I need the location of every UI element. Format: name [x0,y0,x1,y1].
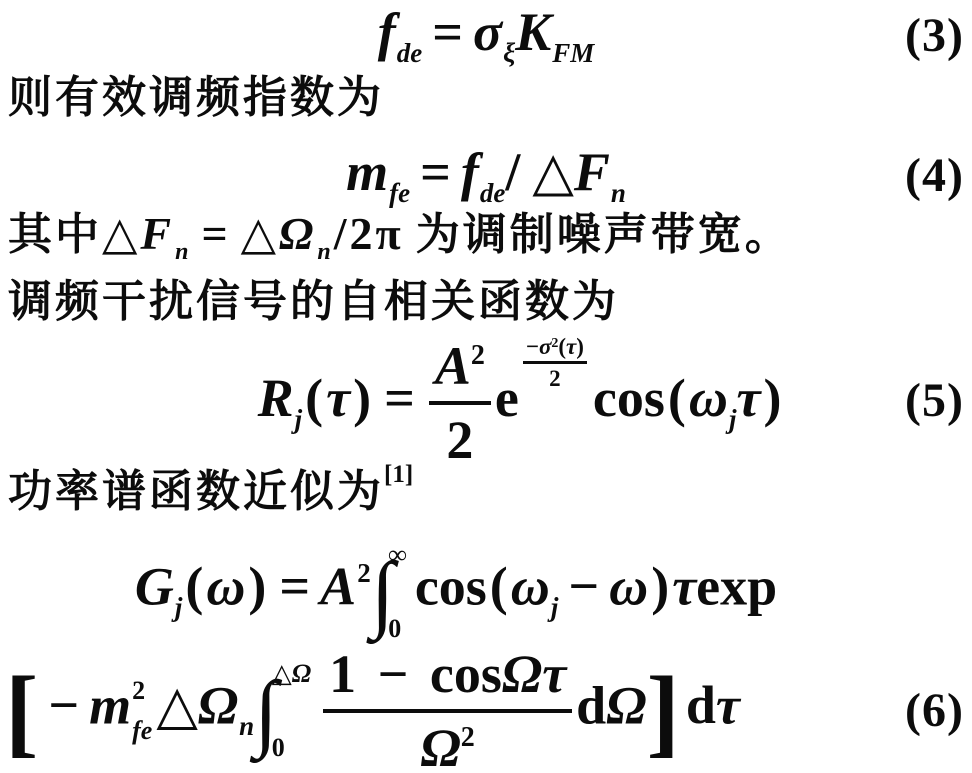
subscript-n: n [175,239,191,265]
var-F: F [574,142,610,202]
var-m: m [346,142,388,202]
delta-symbol: △ [532,142,574,202]
var-K: K [515,2,551,62]
divide-slash: / [505,142,520,202]
subscript-FM: FM [552,38,594,68]
var-R: R [258,368,294,428]
fraction-denominator: 2 [429,401,491,467]
equation-number-3: (3) [905,12,964,60]
text-noise-bw-prefix: 其中 [8,210,102,259]
exponent-numerator: −σ2(τ) [523,335,587,364]
subscript-j: j [729,404,737,434]
euler-e: e [495,368,519,428]
close-paren: ) [651,556,669,616]
subscript-j: j [551,592,559,622]
delta-symbol: △ [102,208,140,259]
fraction-A2-over-2: A22 [429,339,491,467]
delta-symbol: △ [241,208,279,259]
equation-5: Rj(τ)=A22e−σ2(τ)2cos(ωjτ) [258,335,785,468]
text-noise-bw-suffix: 为调制噪声带宽。 [416,210,792,259]
differential-d: d [576,675,606,735]
equation-6-line1: Gj(ω)=A2∫∞0cos(ωj−ω)τexp [135,542,777,642]
var-omega: ω [609,556,648,616]
equation-3: fde=σξKFM [378,5,595,67]
var-Omega: Ω [198,675,238,735]
open-paren: ( [668,368,686,428]
integral-upper-limit: △Ω [272,661,311,687]
exponent-denominator: 2 [523,364,587,390]
integral-upper-limit: ∞ [388,542,407,568]
subscript-n: n [611,178,626,208]
close-paren: ) [763,368,781,428]
paragraph-noise-bandwidth: 其中△Fn=△Ωn/2π为调制噪声带宽。 [8,206,972,267]
cos-operator: cos [415,556,487,616]
minus-sign: − [378,644,409,704]
fraction-numerator: 1 − cosΩτ [323,647,572,709]
var-tau: τ [542,644,566,704]
var-sigma: σ [473,2,502,62]
paragraph-fm-index-intro: 则有效调频指数为 [8,72,972,125]
over-two-pi: /2π [334,208,404,259]
var-Omega: Ω [279,208,316,259]
delta-symbol: △ [156,675,198,735]
differential-d: d [686,675,716,735]
equation-number-5: (5) [905,377,964,425]
superscript-2: 2 [551,336,558,351]
exponent-fraction: −σ2(τ)2 [523,335,587,390]
subscript-n: n [239,711,254,741]
var-Omega: Ω [421,718,461,773]
integral-lower-limit: 0 [272,735,311,761]
close-bracket: ] [647,655,680,766]
var-tau: τ [716,675,740,735]
equation-4: mfe=fde/△Fn [346,145,626,207]
equals-sign: = [432,2,463,62]
var-Omega: Ω [606,675,646,735]
var-tau: τ [672,556,696,616]
equals-sign: = [384,368,415,428]
citation-superscript: [1] [384,461,413,488]
equals-sign: = [201,208,230,259]
var-omega: ω [206,556,245,616]
var-tau: τ [566,334,576,359]
subscript-n: n [317,239,333,265]
integral-limits: ∞0 [388,542,407,642]
open-paren: ( [305,368,323,428]
equation-4-row: mfe=fde/△Fn (4) [0,140,972,212]
text-autocorr-intro: 调频干扰信号的自相关函数为 [8,277,619,326]
subscript-j: j [175,592,183,622]
subscript-j: j [295,404,303,434]
subscript-fe: fe [389,178,410,208]
var-G: G [135,556,174,616]
delta-symbol: △ [272,659,292,688]
open-paren: ( [185,556,203,616]
close-paren: ) [248,556,266,616]
fraction-denominator: Ω2 [323,709,572,773]
minus-sign: − [526,334,539,359]
equation-number-4: (4) [905,152,964,200]
minus-sign: − [568,556,599,616]
subscript-de: de [397,38,422,68]
var-omega: ω [511,556,550,616]
equation-5-row: Rj(τ)=A22e−σ2(τ)2cos(ωjτ) (5) [0,344,972,458]
var-A: A [320,556,356,616]
minus-sign: − [48,675,79,735]
equation-6-line1-row: Gj(ω)=A2∫∞0cos(ωj−ω)τexp [0,538,972,646]
subscript-xi: ξ [503,38,515,68]
open-bracket: [ [5,655,38,766]
var-f: f [378,2,396,62]
integral-limits: △Ω0 [272,661,311,761]
cos-operator: cos [430,644,502,704]
text-fm-index-intro: 则有效调频指数为 [8,73,384,122]
var-tau: τ [326,368,350,428]
open-paren: ( [490,556,508,616]
var-f: f [461,142,479,202]
equals-sign: = [279,556,310,616]
exp-operator: exp [696,556,777,616]
equation-number-6: (6) [905,687,964,735]
close-paren: ) [353,368,371,428]
close-paren: ) [576,334,584,359]
superscript-2: 2 [132,678,145,704]
integral-lower-limit: 0 [388,616,407,642]
superscript-2: 2 [471,340,485,371]
var-tau: τ [736,368,760,428]
fraction-1-minus-cos: 1 − cosΩτΩ2 [323,647,572,773]
supsub-stack: 2fe [132,678,152,744]
var-Omega: Ω [502,644,542,704]
var-sigma: σ [539,334,551,359]
paragraph-power-spectrum-intro: 功率谱函数近似为[1] [8,460,972,519]
equation-6-line2: [−m2fe△Ωn∫△Ω01 − cosΩτΩ2dΩ]dτ [5,647,740,773]
var-A: A [435,336,471,396]
equation-3-row: fde=σξKFM (3) [0,0,972,72]
superscript-2: 2 [357,558,371,588]
equals-sign: = [420,142,451,202]
inline-math-noise-bw: △Fn=△Ωn/2π [102,208,404,259]
var-Omega: Ω [292,659,311,688]
number-one: 1 [329,644,356,704]
subscript-de: de [480,178,505,208]
var-m: m [89,675,131,735]
superscript-2: 2 [461,722,475,753]
subscript-fe: fe [132,718,152,744]
equation-6-line2-row: [−m2fe△Ωn∫△Ω01 − cosΩτΩ2dΩ]dτ (6) [0,648,972,773]
fraction-numerator: A2 [429,339,491,401]
paragraph-autocorrelation-intro: 调频干扰信号的自相关函数为 [8,276,972,329]
var-F: F [140,208,174,259]
scanned-paper-page: fde=σξKFM (3) 则有效调频指数为 mfe=fde/△Fn (4) 其… [0,0,972,773]
text-power-spectrum-intro: 功率谱函数近似为 [8,467,384,516]
var-omega: ω [689,368,728,428]
cos-operator: cos [593,368,665,428]
